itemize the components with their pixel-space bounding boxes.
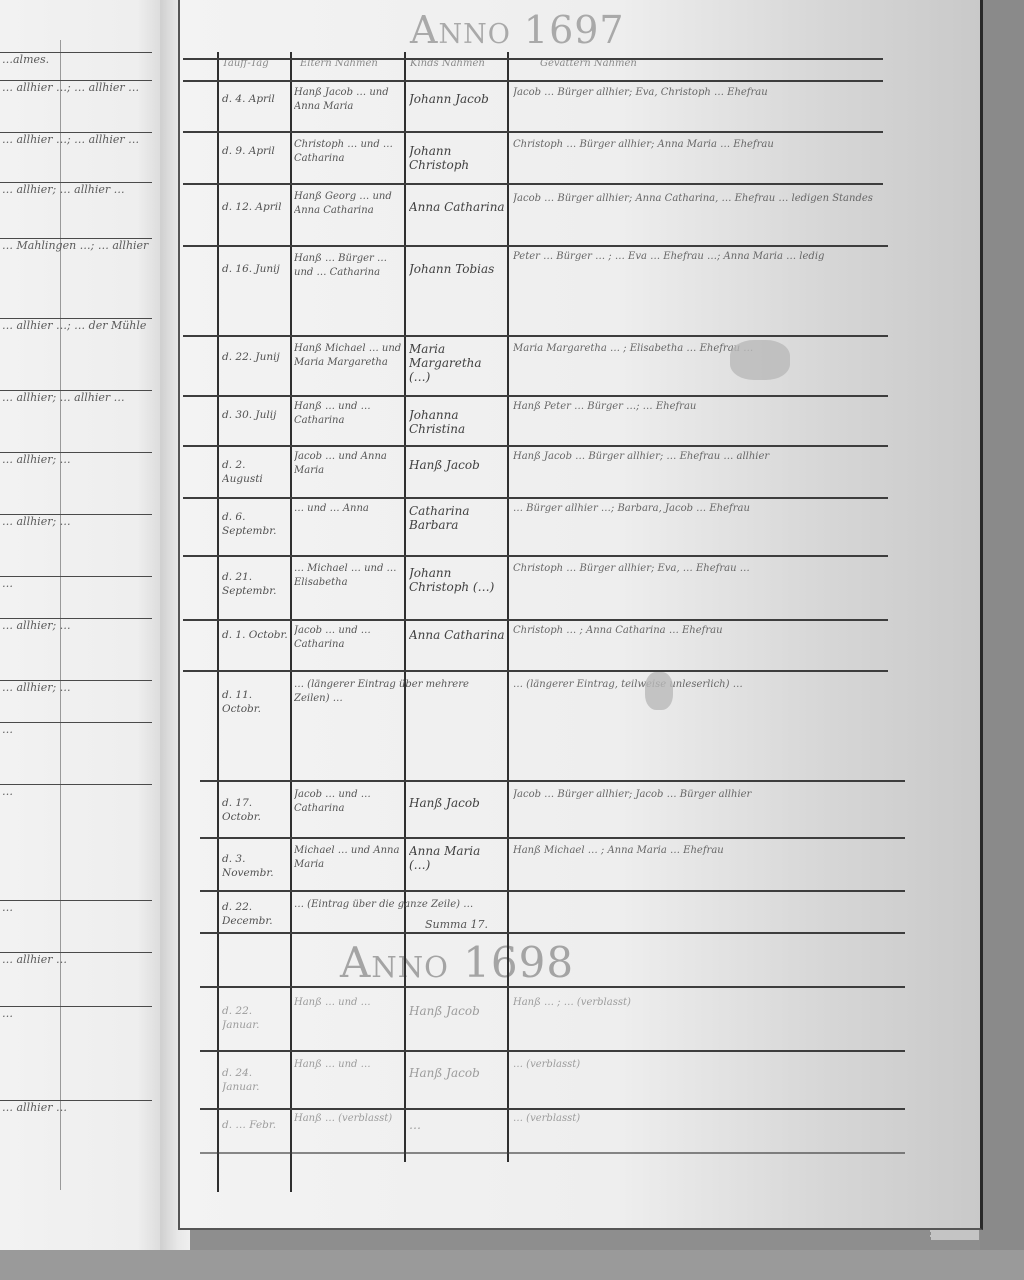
entry-godparents: Jacob … Bürger allhier; Anna Catharina, …: [513, 192, 878, 242]
entry-date: d. 4. April: [222, 92, 288, 128]
row-rule: [183, 445, 888, 447]
entry-date: d. 6. Septembr.: [222, 510, 288, 550]
entry-date: d. 21. Septembr.: [222, 570, 288, 614]
column-header-godparents: Gevattern Nahmen: [540, 58, 637, 69]
entry-godparents: … Bürger allhier …; Barbara, Jacob … Ehe…: [513, 502, 883, 552]
row-rule: [200, 780, 905, 782]
entry-child: Johanna Christina: [409, 408, 505, 442]
entry-date: d. 24. Januar.: [222, 1066, 288, 1104]
entry-parents: … und … Anna: [294, 502, 402, 552]
entry-child: Anna Catharina: [409, 628, 505, 666]
row-rule: [183, 670, 888, 672]
column-rule: [217, 52, 219, 1192]
entry-parents: … (längerer Eintrag über mehrere Zeilen)…: [294, 678, 504, 776]
entry-child: Hanß Jacob: [409, 458, 505, 494]
entry-child: Anna Catharina: [409, 200, 505, 240]
row-rule: [200, 1050, 905, 1052]
entry-godparents: … (verblasst): [513, 1112, 883, 1150]
entry-child: Catharina Barbara: [409, 504, 505, 552]
entry-godparents: Hanß Michael … ; Anna Maria … Ehefrau: [513, 844, 883, 888]
entry-date: d. 9. April: [222, 144, 288, 180]
year-total: Summa 17.: [425, 918, 488, 931]
entry-godparents: Jacob … Bürger allhier; Jacob … Bürger a…: [513, 788, 883, 834]
entry-date: d. 3. Novembr.: [222, 852, 288, 886]
row-rule: [183, 497, 888, 499]
entry-parents: Jacob … und … Catharina: [294, 788, 402, 834]
row-rule: [183, 80, 883, 82]
entry-godparents: Peter … Bürger … ; … Eva … Ehefrau …; An…: [513, 250, 883, 330]
entry-parents: Hanß … und … Catharina: [294, 400, 402, 444]
entry-godparents: Jacob … Bürger allhier; Eva, Christoph ……: [513, 86, 873, 128]
entry-parents: Hanß Jacob … und Anna Maria: [294, 86, 402, 128]
entry-parents: Jacob … und Anna Maria: [294, 450, 402, 494]
baptism-ledger: Tauff-Tag Eltern Nahmen Kinds Nahmen Gev…: [0, 0, 1024, 1280]
entry-date: d. … Febr.: [222, 1118, 288, 1150]
entry-godparents: … (verblasst): [513, 1058, 883, 1104]
entry-parents: Hanß Georg … und Anna Catharina: [294, 190, 402, 240]
entry-godparents: Maria Margaretha … ; Elisabetha … Ehefra…: [513, 342, 883, 392]
row-rule: [200, 986, 905, 988]
entry-godparents: Hanß Jacob … Bürger allhier; … Ehefrau ……: [513, 450, 883, 494]
entry-parents: Hanß … und …: [294, 996, 402, 1046]
entry-parents: Hanß … Bürger … und … Catharina: [294, 252, 402, 312]
entry-date: d. 12. April: [222, 200, 288, 240]
entry-parents: Jacob … und … Catharina: [294, 624, 402, 668]
column-header-date: Tauff-Tag: [222, 58, 269, 69]
row-rule: [200, 890, 905, 892]
entry-parents: Hanß Michael … und Maria Margaretha: [294, 342, 402, 392]
entry-godparents: Hanß … ; … (verblasst): [513, 996, 883, 1046]
entry-date: d. 11. Octobr.: [222, 688, 288, 728]
entry-child: Anna Maria (…): [409, 844, 505, 888]
entry-parents: … Michael … und … Elisabetha: [294, 562, 402, 616]
column-header-child: Kinds Nahmen: [410, 58, 485, 69]
row-rule: [183, 245, 888, 247]
entry-child: …: [409, 1118, 505, 1150]
entry-parents: Christoph … und … Catharina: [294, 138, 402, 180]
entry-child: Johann Christoph: [409, 144, 505, 180]
entry-date: d. 22. Januar.: [222, 1004, 288, 1044]
entry-parents: Michael … und Anna Maria: [294, 844, 402, 888]
column-rule: [507, 52, 509, 1162]
entry-child: Johann Christoph (…): [409, 566, 505, 616]
row-rule: [183, 183, 883, 185]
entry-date: d. 1. Octobr.: [222, 628, 288, 666]
entry-child: Johann Jacob: [409, 92, 505, 128]
entry-child: Hanß Jacob: [409, 796, 505, 834]
entry-child: Maria Margaretha (…): [409, 342, 505, 392]
entry-parents: … (Eintrag über die ganze Zeile) …: [294, 898, 794, 916]
row-rule: [200, 932, 905, 934]
entry-date: d. 30. Julij: [222, 408, 288, 442]
row-rule: [200, 1152, 905, 1154]
entry-date: d. 22. Junij: [222, 350, 288, 390]
row-rule: [183, 555, 888, 557]
entry-date: d. 16. Junij: [222, 262, 288, 302]
row-rule: [183, 58, 883, 60]
entry-date: d. 2. Augusti: [222, 458, 288, 494]
entry-parents: Hanß … und …: [294, 1058, 402, 1104]
row-rule: [200, 837, 905, 839]
row-rule: [183, 619, 888, 621]
column-header-parents: Eltern Nahmen: [300, 58, 378, 69]
column-rule: [404, 52, 406, 1162]
row-rule: [183, 335, 888, 337]
row-rule: [183, 395, 888, 397]
ink-stain: [730, 340, 790, 380]
entry-child: Hanß Jacob: [409, 1066, 505, 1104]
entry-child: Johann Tobias: [409, 262, 505, 302]
row-rule: [183, 131, 883, 133]
ink-stain: [645, 672, 673, 710]
entry-parents: Hanß … (verblasst): [294, 1112, 402, 1150]
entry-godparents: Hanß Peter … Bürger …; … Ehefrau: [513, 400, 883, 444]
entry-godparents: Christoph … Bürger allhier; Eva, … Ehefr…: [513, 562, 883, 616]
entry-godparents: Christoph … Bürger allhier; Anna Maria ……: [513, 138, 873, 180]
entry-date: d. 17. Octobr.: [222, 796, 288, 834]
entry-child: Hanß Jacob: [409, 1004, 505, 1044]
column-rule: [290, 52, 292, 1192]
entry-date: d. 22. Decembr.: [222, 900, 288, 930]
entry-godparents: … (längerer Eintrag, teilweise unleserli…: [513, 678, 883, 776]
row-rule: [200, 1108, 905, 1110]
entry-godparents: Christoph … ; Anna Catharina … Ehefrau: [513, 624, 883, 668]
